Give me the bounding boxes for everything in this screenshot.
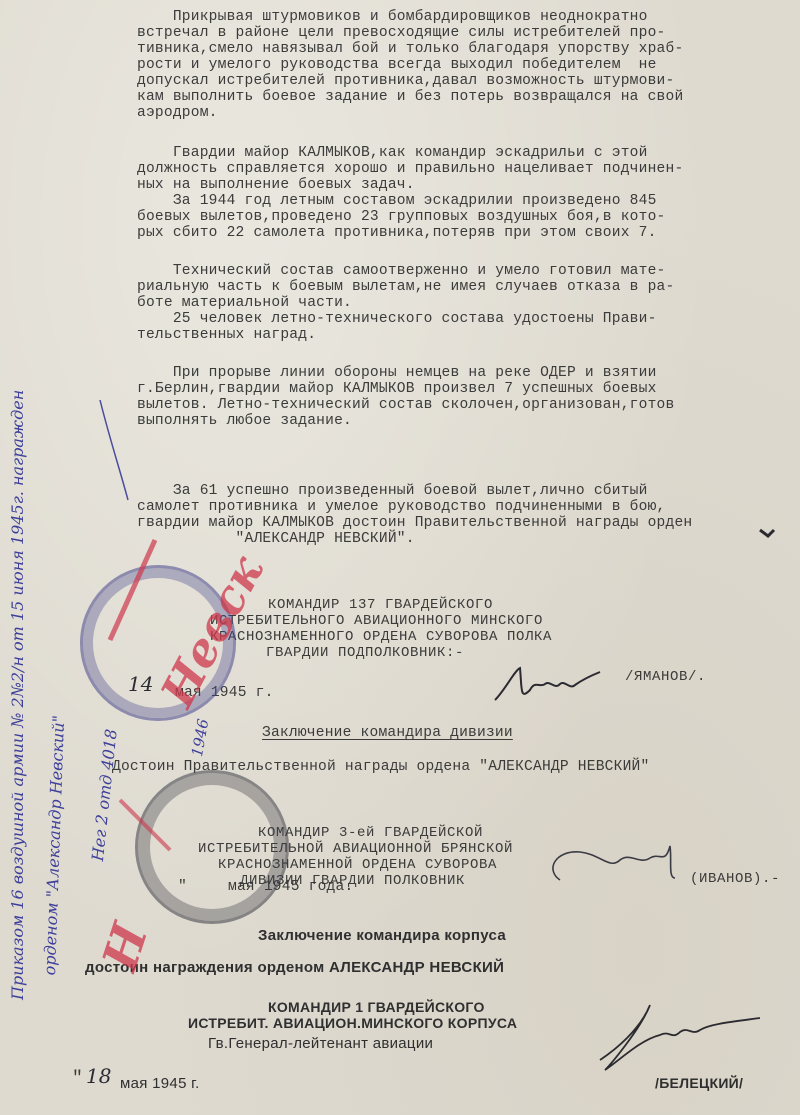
signature-ivanov xyxy=(553,846,675,880)
scanned-document-page: Прикрывая штурмовиков и бомбардировщиков… xyxy=(0,0,800,1115)
signature-beletsky xyxy=(600,1005,760,1070)
signatures-layer xyxy=(0,0,800,1115)
signature-yamanov xyxy=(495,668,600,700)
